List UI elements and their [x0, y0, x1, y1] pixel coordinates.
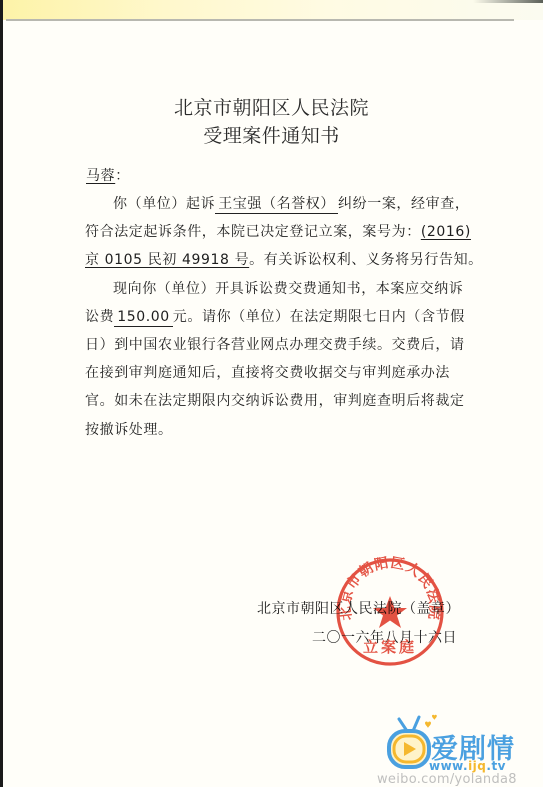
- weibo-watermark: weibo.com/yolanda8: [377, 772, 517, 787]
- paragraph2-line5: 官。如未在法定期限内交纳诉讼费用，审判庭查明后将裁定: [85, 390, 465, 410]
- url-prefix: www.: [429, 759, 468, 773]
- paragraph2-line1: 现向你（单位）开具诉讼费交费通知书，本案应交纳诉: [113, 278, 463, 298]
- paragraph2-line4: 在接到审判庭通知后，直接将交费收据交与审判庭承办法: [85, 362, 450, 382]
- seal-bottom-text: 立案庭: [363, 638, 417, 656]
- fee-amount: 150.00: [114, 308, 173, 327]
- p1-l1-suffix: 纠纷一案，经审查，: [338, 196, 469, 212]
- addressee-name: 马蓉: [86, 168, 115, 184]
- dispute-parties: 王宝强（名誉权）: [215, 195, 338, 214]
- salutation-colon: ：: [115, 168, 130, 184]
- p2-l2-prefix: 讼费: [85, 309, 114, 325]
- paragraph2-line6: 按撤诉处理。: [85, 419, 173, 439]
- p1-l3-suffix: 。有关诉讼权利、义务将另行告知。: [249, 252, 483, 268]
- court-name-title: 北京市朝阳区人民法院: [0, 93, 543, 120]
- paragraph1-line2: 符合法定起诉条件，本院已决定登记立案，案号为：(2016): [85, 221, 471, 241]
- court-seal-icon: 北京市朝阳区人民法院 立案庭: [334, 556, 446, 668]
- watermark-url: www.ijq.tv: [429, 759, 506, 773]
- url-highlight: ijq: [468, 759, 486, 773]
- paragraph2-line2: 讼费 150.00 元。请你（单位）在法定期限七日内（含节假: [85, 306, 465, 327]
- paragraph1-line3: 京 0105 民初 49918 号。有关诉讼权利、义务将另行告知。: [85, 249, 483, 269]
- paragraph2-line3: 日）到中国农业银行各营业网点办理交费手续。交费后，请: [85, 334, 465, 354]
- salutation: 马蓉：: [86, 165, 130, 185]
- scan-top-band: [3, 0, 543, 20]
- notice-title: 受理案件通知书: [0, 121, 543, 148]
- paragraph1-line1: 你（单位）起诉 王宝强（名誉权） 纠纷一案，经审查，: [113, 193, 469, 214]
- p2-l2-suffix: 元。请你（单位）在法定期限七日内（含节假: [173, 309, 465, 325]
- ijq-watermark: 爱剧情 www.ijq.tv weibo.com/yolanda8: [385, 713, 543, 787]
- case-number: 京 0105 民初 49918 号: [85, 252, 249, 268]
- header-rule: [6, 19, 514, 21]
- p1-l2-prefix: 符合法定起诉条件，本院已决定登记立案，案号为：: [85, 224, 421, 240]
- p1-l1-prefix: 你（单位）起诉: [113, 196, 215, 212]
- url-suffix: .tv: [486, 759, 506, 773]
- case-number-year: (2016): [421, 224, 471, 240]
